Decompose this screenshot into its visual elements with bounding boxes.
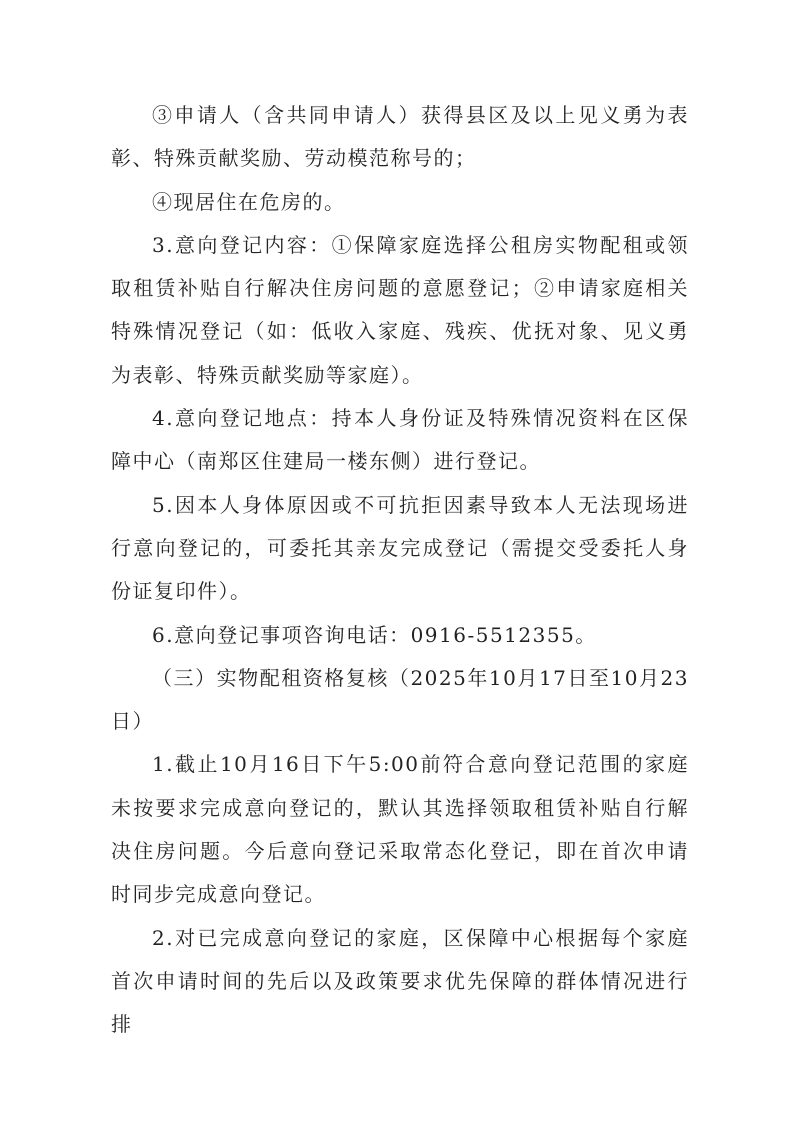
section-heading-review: （三）实物配租资格复核（2025年10月17日至10月23日） <box>111 657 689 744</box>
paragraph-clause-4-registration-location: 4.意向登记地点：持本人身份证及特殊情况资料在区保障中心（南郑区住建局一楼东侧）… <box>111 397 689 484</box>
paragraph-sub-2-ranking: 2.对已完成意向登记的家庭，区保障中心根据每个家庭首次申请时间的先后以及政策要求… <box>111 917 689 1047</box>
paragraph-clause-3-registration-content: 3.意向登记内容：①保障家庭选择公租房实物配租或领取租赁补贴自行解决住房问题的意… <box>111 224 689 397</box>
paragraph-clause-6-hotline: 6.意向登记事项咨询电话：0916-5512355。 <box>111 614 689 657</box>
paragraph-sub-1-deadline: 1.截止10月16日下午5:00前符合意向登记范围的家庭未按要求完成意向登记的，… <box>111 743 689 916</box>
paragraph-item-4-danger-house: ④现居住在危房的。 <box>111 181 689 224</box>
paragraph-clause-5-proxy-registration: 5.因本人身体原因或不可抗拒因素导致本人无法现场进行意向登记的，可委托其亲友完成… <box>111 484 689 614</box>
paragraph-item-3-special: ③申请人（含共同申请人）获得县区及以上见义勇为表彰、特殊贡献奖励、劳动模范称号的… <box>111 94 689 181</box>
document-page: ③申请人（含共同申请人）获得县区及以上见义勇为表彰、特殊贡献奖励、劳动模范称号的… <box>111 94 689 1047</box>
